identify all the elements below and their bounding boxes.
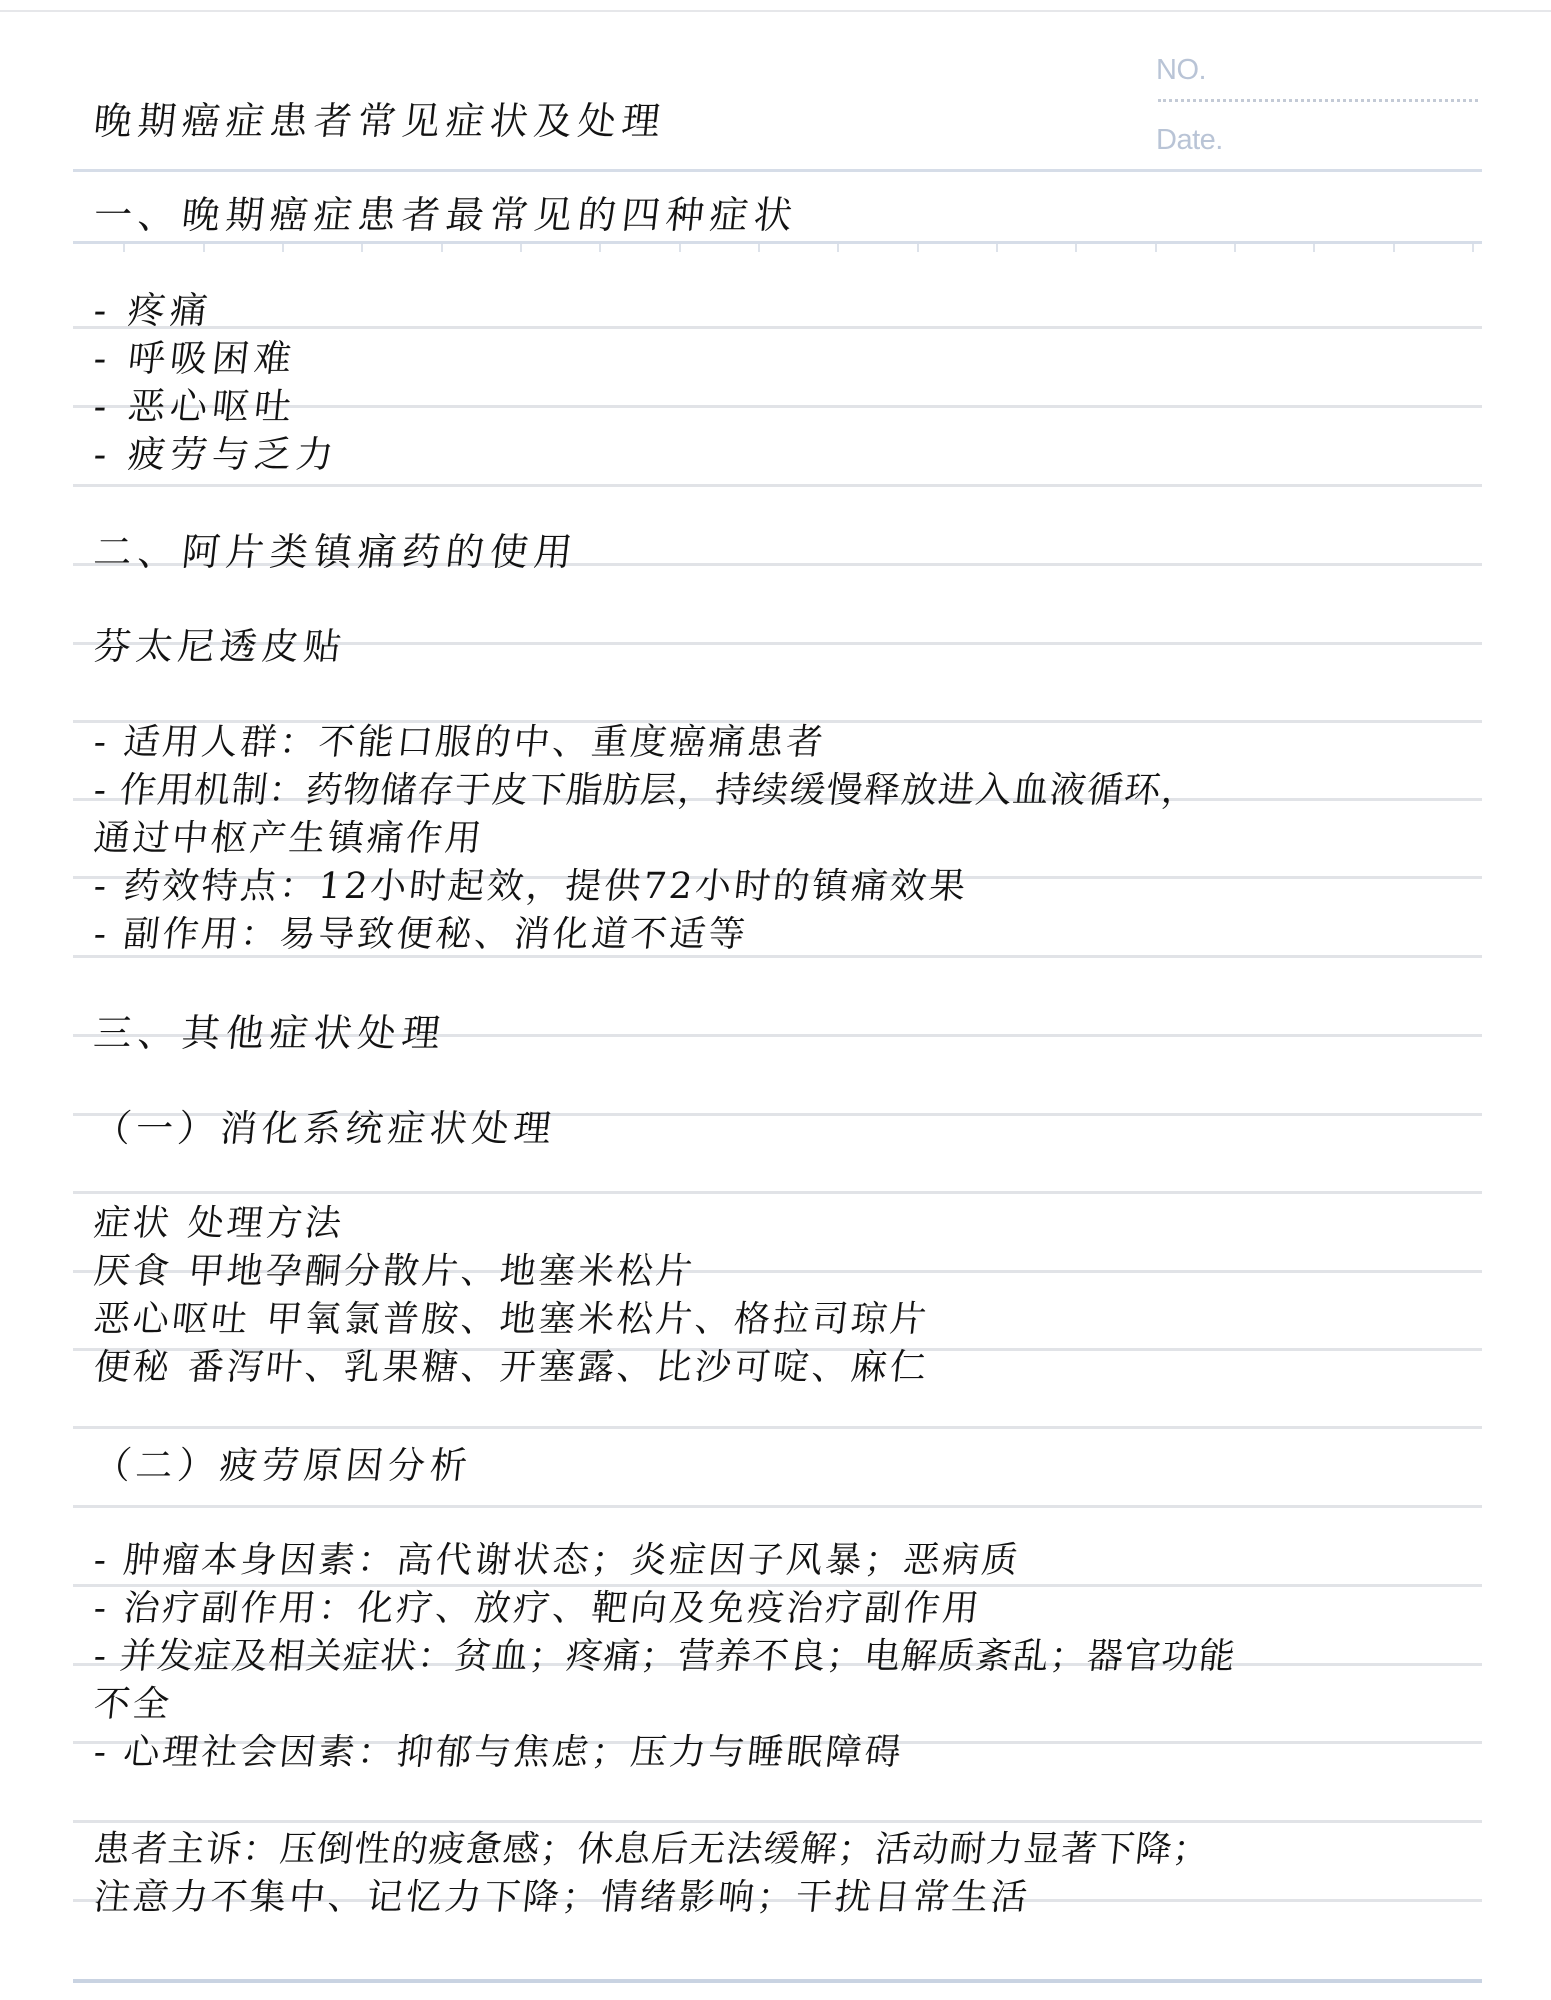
fatigue-cause-item: - 心理社会因素：抑郁与焦虑；压力与睡眠障碍 [92,1735,905,1771]
symptom-item-nausea: - 恶心呕吐 [92,388,298,425]
ruled-line [73,1505,1482,1508]
table-header-treatment: 处理方法 [186,1203,346,1244]
ruler-tick [361,244,363,252]
subsection-1-heading: （一）消化系统症状处理 [92,1110,558,1147]
ruler-tick [917,244,919,252]
ruler-tick [599,244,601,252]
section-1-heading: 一、晚期癌症患者最常见的四种症状 [92,196,800,234]
ruler-tick [679,244,681,252]
ruler-tick [282,244,284,252]
fatigue-cause-item: - 肿瘤本身因素：高代谢状态；炎症因子风暴；恶病质 [92,1543,1022,1579]
ruler-tick [1234,244,1236,252]
table-row: 恶心呕吐甲氧氯普胺、地塞米松片、格拉司琼片 [92,1302,931,1338]
page-top-border [0,10,1551,12]
ruled-line [73,1820,1482,1823]
drug-item-indication: - 适用人群：不能口服的中、重度癌痛患者 [92,725,827,761]
table-row: 厌食甲地孕酮分散片、地塞米松片 [92,1254,697,1290]
symptom-item-dyspnea: - 呼吸困难 [92,340,298,377]
table-header-row: 症状处理方法 [92,1206,346,1242]
ruled-line-ticked [73,241,1482,244]
table-cell-symptom: 厌食 [92,1254,174,1290]
ruler-tick [1313,244,1315,252]
ruler-tick [1075,244,1077,252]
ruled-line [73,1584,1482,1587]
drug-item-side-effects: - 副作用：易导致便秘、消化道不适等 [92,917,749,953]
note-title: 晚期癌症患者常见症状及处理 [92,102,668,140]
fatigue-cause-item: - 并发症及相关症状：贫血；疼痛；营养不良；电解质紊乱；器官功能 [92,1639,1238,1675]
ruler-tick [996,244,998,252]
ruler-tick [1393,244,1395,252]
patient-complaint-line: 患者主诉：压倒性的疲惫感；休息后无法缓解；活动耐力显著下降； [92,1832,1212,1868]
symptom-item-pain: - 疼痛 [92,292,214,329]
number-dotted-line [1158,99,1478,102]
drug-item-onset: - 药效特点：12小时起效，提供72小时的镇痛效果 [92,869,970,905]
ruled-line [73,1426,1482,1429]
ruled-line [73,1191,1482,1194]
ruled-line [73,955,1482,958]
table-cell-treatment: 甲氧氯普胺、地塞米松片、格拉司琼片 [264,1299,931,1340]
subsection-2-heading: （二）疲劳原因分析 [92,1447,474,1484]
patient-complaint-line: 注意力不集中、记忆力下降；情绪影响；干扰日常生活 [92,1880,1032,1916]
ruled-line-bottom [73,1979,1482,1983]
drug-item-mechanism-cont: 通过中枢产生镇痛作用 [92,821,486,857]
table-cell-treatment: 甲地孕酮分散片、地塞米松片 [186,1251,697,1292]
ruler-tick [123,244,125,252]
table-cell-symptom: 便秘 [92,1350,174,1386]
ruler-tick [441,244,443,252]
drug-name: 芬太尼透皮贴 [92,628,348,665]
table-row: 便秘番泻叶、乳果糖、开塞露、比沙可啶、麻仁 [92,1350,931,1386]
date-label: Date. [1156,126,1223,155]
section-2-heading: 二、阿片类镇痛药的使用 [92,533,580,571]
table-cell-treatment: 番泻叶、乳果糖、开塞露、比沙可啶、麻仁 [186,1347,931,1388]
ruled-line [73,326,1482,329]
symptom-item-fatigue: - 疲劳与乏力 [92,436,340,473]
ruler-tick [837,244,839,252]
ruler-tick [520,244,522,252]
ruled-line [73,484,1482,487]
table-header-symptom: 症状 [92,1206,174,1242]
ruler-tick [203,244,205,252]
ruler-tick [1472,244,1474,252]
drug-item-mechanism: - 作用机制：药物储存于皮下脂肪层，持续缓慢释放进入血液循环， [92,773,1201,809]
ruled-line [73,169,1482,172]
fatigue-cause-item-cont: 不全 [92,1687,174,1723]
number-label: NO. [1156,56,1206,85]
ruler-tick [1155,244,1157,252]
section-3-heading: 三、其他症状处理 [92,1014,448,1052]
ruler-tick [758,244,760,252]
fatigue-cause-item: - 治疗副作用：化疗、放疗、靶向及免疫治疗副作用 [92,1591,983,1627]
table-cell-symptom: 恶心呕吐 [92,1302,252,1338]
